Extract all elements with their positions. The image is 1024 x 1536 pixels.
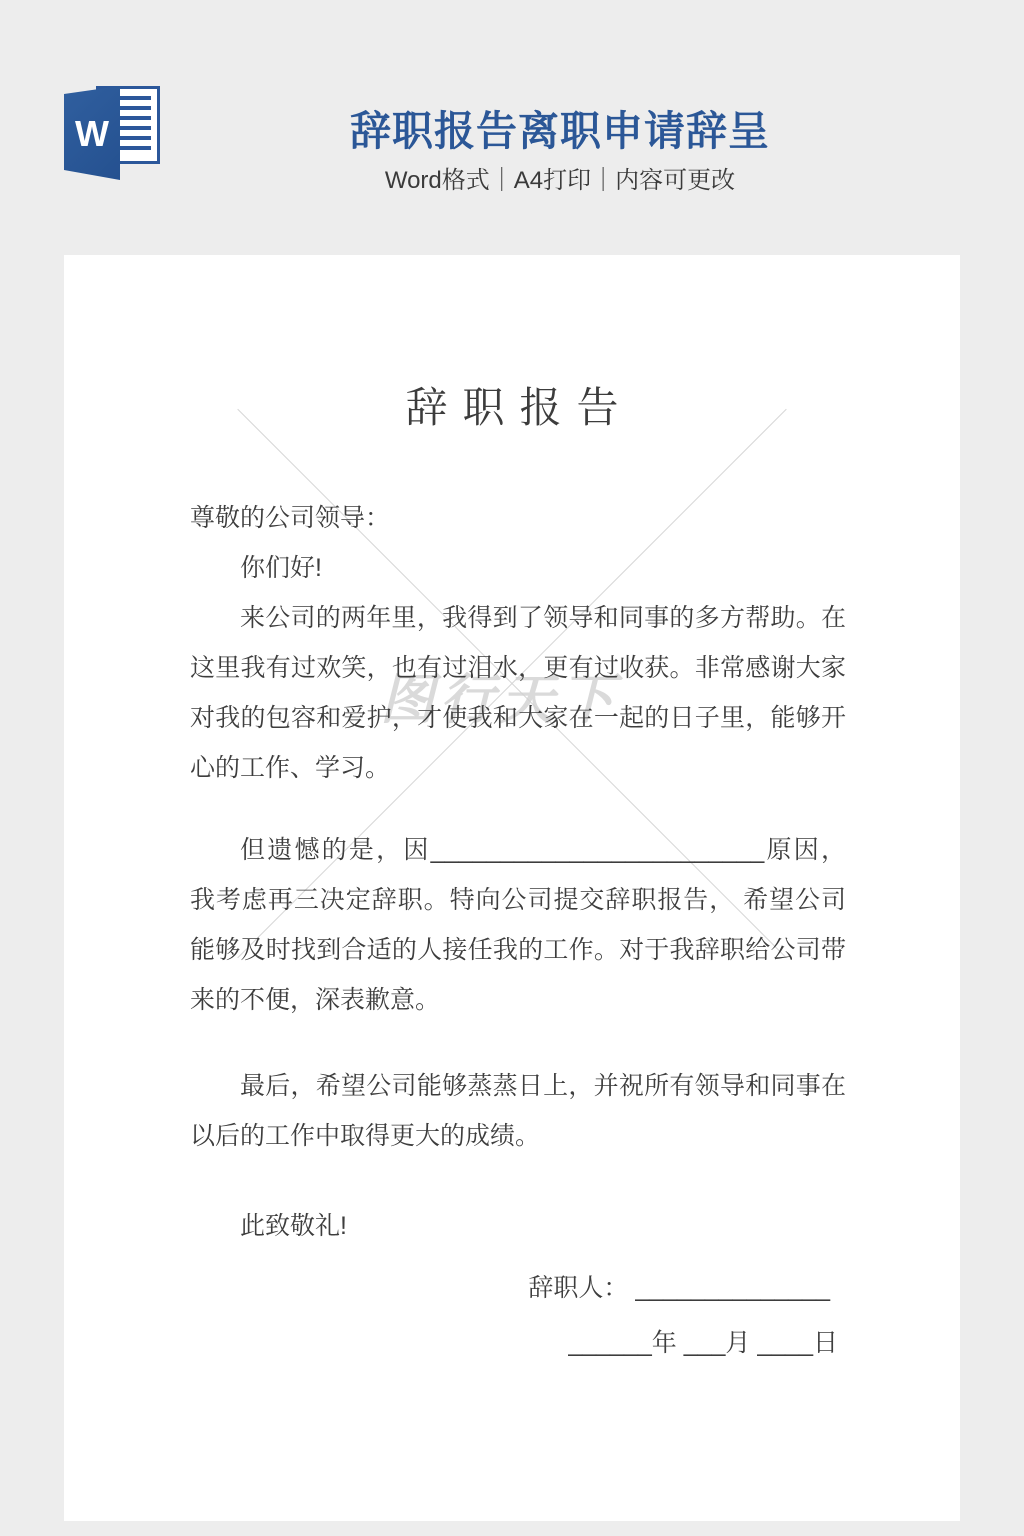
salutation: 尊敬的公司领导：: [190, 493, 846, 543]
document-title: 辞职报告: [64, 375, 960, 435]
paragraph-2: 但遗憾的是，因________________________原因，我考虑再三决…: [190, 825, 846, 1025]
paragraph-1: 来公司的两年里，我得到了领导和同事的多方帮助。在这里我有过欢笑，也有过泪水，更有…: [190, 593, 846, 793]
signature-line: 辞职人： ______________: [190, 1263, 846, 1313]
greeting: 你们好!: [190, 543, 846, 593]
document-page: 图行天下 辞职报告 尊敬的公司领导： 你们好! 来公司的两年里，我得到了领导和同…: [64, 255, 960, 1521]
document-body: 尊敬的公司领导： 你们好! 来公司的两年里，我得到了领导和同事的多方帮助。在这里…: [190, 493, 846, 1368]
closing: 此致敬礼!: [190, 1201, 846, 1251]
header-subtitle: Word格式｜A4打印｜内容可更改: [96, 160, 1024, 195]
date-line: ______年 ___月 ____日: [190, 1318, 846, 1368]
header-title: 辞职报告离职申请辞呈: [96, 98, 1024, 157]
template-header: W 辞职报告离职申请辞呈 Word格式｜A4打印｜内容可更改: [0, 0, 1024, 255]
paragraph-3: 最后，希望公司能够蒸蒸日上，并祝所有领导和同事在以后的工作中取得更大的成绩。: [190, 1061, 846, 1161]
